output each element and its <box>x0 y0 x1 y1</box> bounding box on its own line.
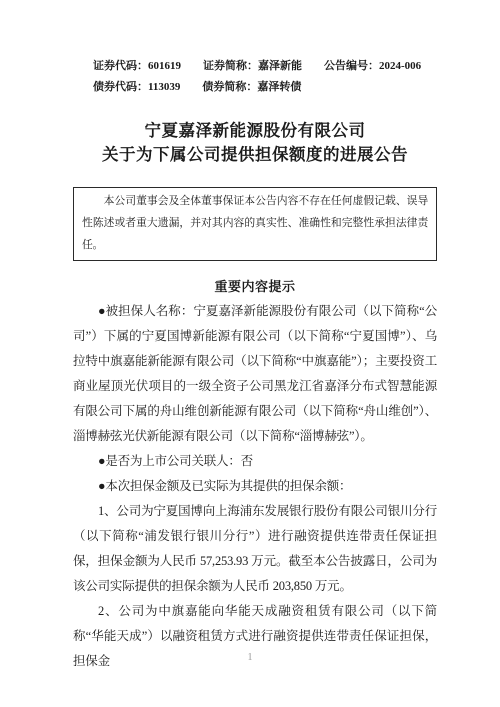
document-title-line-1: 宁夏嘉泽新能源股份有限公司 <box>73 119 437 143</box>
security-codes-header: 证券代码：601619 证券简称：嘉泽新能 公告编号：2024-006 债券代码… <box>93 56 437 98</box>
related-party-paragraph: ●是否为上市公司关联人：否 <box>73 449 437 474</box>
stock-code: 证券代码：601619 <box>93 56 181 77</box>
document-title: 宁夏嘉泽新能源股份有限公司 关于为下属公司提供担保额度的进展公告 <box>73 119 437 167</box>
guarantee-item-1-paragraph: 1、公司为宁夏国博向上海浦东发展银行股份有限公司银川分行（以下简称“浦发银行银川… <box>73 499 437 599</box>
security-codes-row-2: 债券代码：113039 债券简称：嘉泽转债 <box>93 77 437 98</box>
announcement-document-page: 证券代码：601619 证券简称：嘉泽新能 公告编号：2024-006 债券代码… <box>0 0 500 707</box>
board-disclaimer-box: 本公司董事会及全体董事保证本公告内容不存在任何虚假记载、误导性陈述或者重大遗漏，… <box>73 187 437 261</box>
page-number: 1 <box>0 652 500 663</box>
security-codes-row-1: 证券代码：601619 证券简称：嘉泽新能 公告编号：2024-006 <box>93 56 437 77</box>
announcement-number: 公告编号：2024-006 <box>324 56 421 77</box>
important-notice-heading: 重要内容提示 <box>73 274 437 299</box>
guaranteed-parties-paragraph: ●被担保人名称：宁夏嘉泽新能源股份有限公司（以下简称“公司”）下属的宁夏国博新能… <box>73 299 437 449</box>
document-title-line-2: 关于为下属公司提供担保额度的进展公告 <box>73 143 437 167</box>
bond-short-name: 债券简称：嘉泽转债 <box>202 77 301 98</box>
announcement-body: ●被担保人名称：宁夏嘉泽新能源股份有限公司（以下简称“公司”）下属的宁夏国博新能… <box>73 299 437 674</box>
guarantee-amount-heading-paragraph: ●本次担保金额及已实际为其提供的担保余额： <box>73 474 437 499</box>
bond-code: 债券代码：113039 <box>93 77 180 98</box>
stock-short-name: 证券简称：嘉泽新能 <box>203 56 302 77</box>
board-disclaimer-text: 本公司董事会及全体董事保证本公告内容不存在任何虚假记载、误导性陈述或者重大遗漏，… <box>82 190 428 256</box>
